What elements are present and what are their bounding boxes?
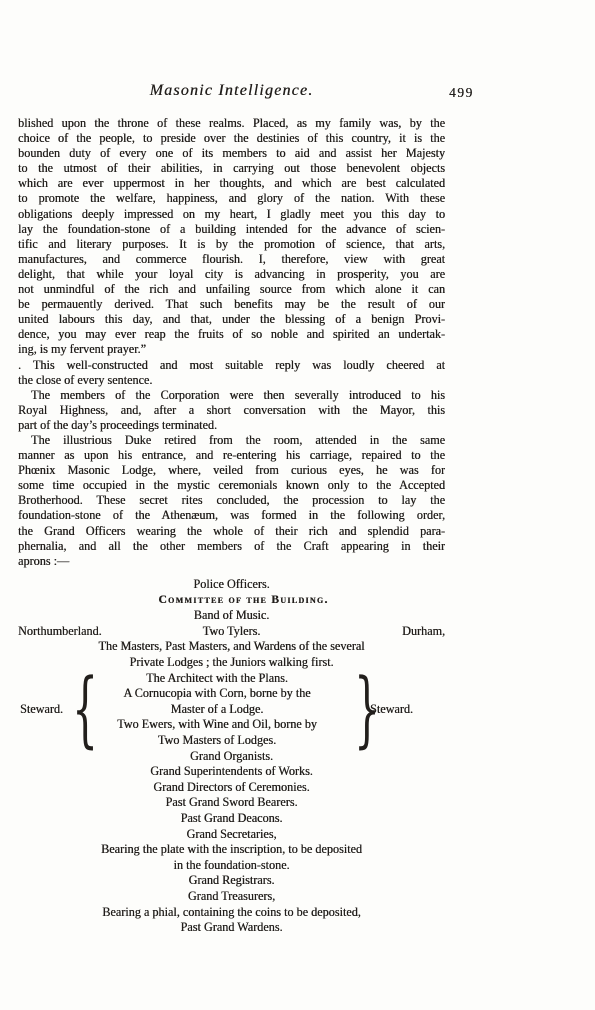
text-line: choice of the people, to preside over th… [18, 131, 445, 146]
text-line: part of the day’s proceedings terminated… [18, 418, 445, 433]
procession-line: Grand Treasurers, [18, 889, 445, 905]
steward-bracket-group: Steward. { The Architect with the Plans.… [18, 671, 445, 749]
bracket-line: Two Masters of Lodges. [84, 733, 350, 749]
procession-county-row: Northumberland. Two Tylers. Durham, [18, 624, 445, 640]
procession-line: Past Grand Deacons. [18, 811, 445, 827]
text-line: manner as upon his entrance, and re-ente… [18, 448, 445, 463]
text-line: The members of the Corporation were then… [18, 388, 445, 403]
running-head: Masonic Intelligence. [150, 82, 314, 99]
text-line: obligations deeply impressed on my heart… [18, 207, 445, 222]
text-line: tific and literary purposes. It is by th… [18, 237, 445, 252]
left-brace: { [72, 671, 80, 749]
bracket-line: A Cornucopia with Corn, borne by the [84, 686, 350, 702]
text-line: . This well-constructed and most suitabl… [18, 358, 445, 373]
text-line: dence, you may ever reap the fruits of s… [18, 327, 445, 342]
text-line: to the utmost of their abilities, in car… [18, 161, 445, 176]
procession-line: Bearing the plate with the inscription, … [18, 842, 445, 858]
text-line: aprons :— [18, 554, 445, 569]
text-line: foundation-stone of the Athenæum, was fo… [18, 508, 445, 523]
text-line: which are ever uppermost in her thoughts… [18, 176, 445, 191]
text-line: bounden duty of every one of its members… [18, 146, 445, 161]
procession-line-committee: Committee of the Building. [18, 593, 445, 609]
procession-line: Grand Secretaries, [18, 827, 445, 843]
text-line: lay the foundation-stone of a building i… [18, 222, 445, 237]
text-line: to promote the welfare, happiness, and g… [18, 191, 445, 206]
procession-line: Grand Registrars. [18, 873, 445, 889]
text-line: the Grand Officers wearing the whole of … [18, 524, 445, 539]
text-line: some time occupied in the mystic ceremon… [18, 478, 445, 493]
text-line: be permauently derived. That such benefi… [18, 297, 445, 312]
text-line: united labours this day, and that, under… [18, 312, 445, 327]
text-line: The illustrious Duke retired from the ro… [18, 433, 445, 448]
procession-line: Past Grand Sword Bearers. [18, 795, 445, 811]
bracket-line: Master of a Lodge. [84, 702, 350, 718]
after-lines: Grand Organists.Grand Superintendents of… [18, 749, 445, 936]
right-brace: } [354, 671, 362, 749]
procession-list: Police Officers. Committee of the Buildi… [18, 577, 445, 936]
text-line: manufactures, and commerce flourish. I, … [18, 252, 445, 267]
procession-line: Grand Directors of Ceremonies. [18, 780, 445, 796]
text-line: blished upon the throne of these realms.… [18, 116, 445, 131]
steward-label-left: Steward. [18, 702, 68, 717]
county-left-label: Northumberland. [18, 624, 102, 640]
text-line: not unmindful of the rich and unfailing … [18, 282, 445, 297]
text-line: Phœnix Masonic Lodge, where, veiled from… [18, 463, 445, 478]
text-line: Brotherhood. These secret rites conclude… [18, 493, 445, 508]
page-number: 499 [449, 85, 474, 101]
bracket-lines: The Architect with the Plans.A Cornucopi… [84, 671, 350, 749]
county-right-label: Durham, [402, 624, 445, 640]
text-line: delight, that while your loyal city is a… [18, 267, 445, 282]
text-line: phernalia, and all the other members of … [18, 539, 445, 554]
bracket-line: The Architect with the Plans. [84, 671, 350, 687]
text-line: Royal Highness, and, after a short conve… [18, 403, 445, 418]
text-line: the close of every sentence. [18, 373, 445, 388]
bracket-line: Two Ewers, with Wine and Oil, borne by [84, 717, 350, 733]
page-header: Masonic Intelligence. [18, 82, 445, 100]
body-text: blished upon the throne of these realms.… [18, 116, 445, 569]
procession-line-band: Band of Music. [18, 608, 445, 624]
text-line: ing, is my fervent prayer.” [18, 342, 445, 357]
procession-line: Bearing a phial, containing the coins to… [18, 905, 445, 921]
procession-line: The Masters, Past Masters, and Wardens o… [18, 639, 445, 655]
tylers-label: Two Tylers. [203, 624, 261, 638]
procession-line: in the foundation-stone. [18, 858, 445, 874]
procession-line: Past Grand Wardens. [18, 920, 445, 936]
procession-line: Grand Superintendents of Works. [18, 764, 445, 780]
scanned-page: Masonic Intelligence. 499 blished upon t… [0, 0, 595, 1010]
procession-line-police: Police Officers. [18, 577, 445, 593]
